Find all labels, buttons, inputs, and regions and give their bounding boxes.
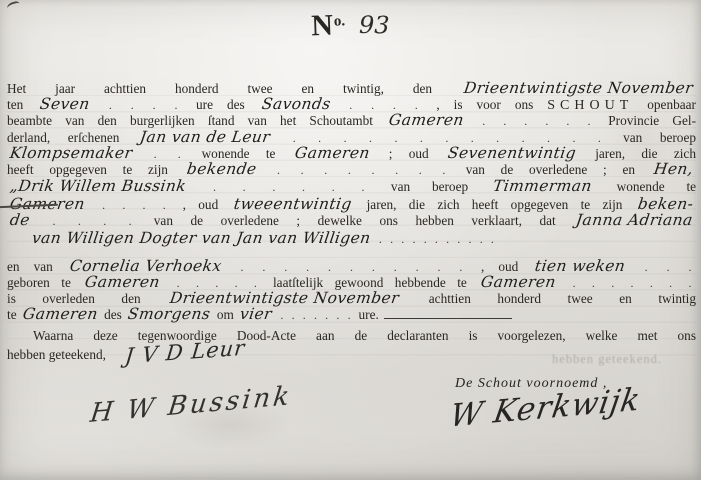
form-line: Gameren . . . . , oud tweeentwintig jare… [7, 196, 696, 212]
blank-rule [384, 314, 512, 319]
handwritten-deceased-parentage: van Willigen Dogter van Jan van Willigen [31, 229, 372, 248]
dotted-leader: . . . . . . [482, 114, 593, 128]
handwritten-relation-part: beken- [637, 196, 695, 212]
form-line: is overleden den Drieentwintigste Novemb… [7, 290, 696, 306]
dotted-leader: . . . . . . . . . . . [240, 260, 465, 274]
ink-speck [6, 0, 21, 12]
printed-text: jaren, die zich [595, 146, 696, 161]
handwritten-declarant2-name: „Drik Willem Bussink [9, 177, 188, 196]
number-label: N [311, 9, 335, 43]
printed-text: is overleden den [7, 291, 141, 306]
printed-text: geboren te [7, 275, 71, 290]
form-line: geboren te Gameren . . . . . laatſtelijk… [7, 274, 696, 290]
handwritten-date: Drieentwintigste November [463, 80, 694, 96]
handwritten-death-date: Drieentwintigste November [169, 290, 400, 306]
handwritten-age: Sevenentwintig [447, 145, 577, 161]
handwritten-residence: Gameren [480, 274, 557, 290]
handwritten-age: tweeentwintig [232, 196, 352, 212]
printed-text: van beroep [623, 130, 696, 145]
dotted-leader: . . . . . . . . [277, 163, 448, 177]
form-line: te Gameren des Smorgens om vier . . . . … [7, 306, 696, 322]
handwritten-hour: Seven [39, 96, 91, 112]
form-line: Waarna deze tegenwoordige Dood-Acte aan … [7, 328, 696, 344]
form-line: van Willigen Dogter van Jan van Willigen… [7, 229, 696, 248]
form-line: Het jaar achttien honderd twee en twinti… [7, 80, 696, 96]
handwritten-deceased-name: Janna Adriana [575, 212, 694, 228]
printed-text: wonende te [617, 179, 696, 194]
printed-text: ten [7, 97, 23, 112]
dotted-leader: . . . . . . [213, 180, 367, 194]
signature-declarant1: J V D Leur [125, 340, 247, 365]
form-line: heeft opgegeven te zijn bekende . . . . … [7, 161, 696, 177]
printed-text: beambte van den burgerlijken ſtand van h… [7, 113, 373, 128]
dotted-leader: . . . . . . . . . . . [379, 232, 497, 246]
printed-schout-title: SCHOUT [547, 98, 633, 113]
printed-text: van beroep [391, 179, 468, 194]
printed-text: derland, erſchenen [7, 130, 119, 145]
printed-text: , oud [183, 197, 219, 212]
handwritten-relation-part: de [9, 212, 31, 228]
handwritten-daypart: Savonds [261, 96, 332, 112]
form-line: beambte van den burgerlijken ſtand van h… [7, 112, 696, 128]
dotted-leader: . . . . . [177, 276, 260, 290]
handwritten-death-hour: vier [239, 306, 273, 322]
form-line: en van Cornelia Verhoekx . . . . . . . .… [7, 258, 696, 274]
printed-closing-text: Waarna deze tegenwoordige Dood-Acte aan … [33, 328, 696, 343]
printed-text: van de overledene ; dewelke ons hebben v… [154, 213, 556, 228]
handwritten-name-part: Hen, [653, 161, 694, 177]
printed-text: om [217, 307, 234, 322]
form-body: Het jaar achttien honderd twee en twinti… [7, 80, 696, 361]
dotted-leader: . . . [645, 260, 694, 274]
handwritten-birthplace: Gameren [84, 274, 161, 290]
printed-text: van de overledene ; en [466, 162, 635, 177]
handwritten-mother-name: Cornelia Verhoekx [69, 258, 223, 274]
number-label-superscript: o. [334, 13, 346, 29]
form-line: Klompsemaker . . wonende te Gameren ; ou… [7, 145, 696, 161]
printed-text: openbaar [647, 97, 696, 112]
printed-text: en van [7, 259, 53, 274]
printed-text: Provincie Gel- [608, 113, 696, 128]
printed-text: wonende te [202, 146, 276, 161]
form-line: derland, erſchenen Jan van de Leur . . .… [7, 129, 696, 145]
dotted-leader: . . [154, 147, 184, 161]
dotted-leader: . . . . [52, 214, 134, 228]
printed-text: jaren, die zich heeft opgegeven te zijn [367, 197, 623, 212]
printed-text: Het jaar achttien honderd twee en twinti… [7, 81, 432, 96]
bleed-through-ghost-text: hebben geteekend. [552, 352, 662, 367]
printed-text: heeft opgegeven te zijn [7, 162, 168, 177]
act-number-handwritten: 93 [359, 11, 390, 40]
handwritten-age-deceased: tien weken [534, 258, 627, 274]
printed-text: ure des [196, 97, 245, 112]
dotted-leader: . . . . [102, 198, 168, 212]
scanned-death-certificate: No. 93 Het jaar achttien honderd twee en… [0, 0, 701, 480]
printed-text: ; oud [389, 146, 429, 161]
handwritten-declarant1-name: Jan van de Leur [139, 129, 271, 145]
handwritten-relation: bekende [186, 161, 258, 177]
dotted-leader: . . . . . . . [280, 308, 353, 322]
handwritten-profession: Timmerman [492, 177, 593, 196]
printed-text: ure. [359, 307, 379, 322]
handwritten-death-place: Gameren [22, 306, 99, 322]
form-line: „Drik Willem Bussink . . . . . . van ber… [7, 177, 696, 196]
printed-text: achttien honderd twee en twintig [429, 291, 696, 306]
printed-text: , oud [481, 259, 518, 274]
form-line: ten Seven . . . . ure des Savonds . . . … [7, 96, 696, 112]
dotted-leader: . . . . . . . [573, 276, 695, 290]
handwritten-place: Gameren [294, 145, 371, 161]
dotted-leader: . . . . [109, 98, 180, 112]
act-number-header: No. 93 [0, 0, 701, 54]
handwritten-place: Gameren [388, 112, 465, 128]
printed-text: , is voor ons [436, 97, 533, 112]
printed-text: des [104, 307, 122, 322]
dotted-leader: . . . . . . . . . . . . . [293, 131, 604, 145]
printed-text: laatſtelijk gewoond hebbende te [273, 275, 467, 290]
printed-text: te [7, 307, 17, 322]
printed-closing-text: hebben geteekend, [7, 347, 106, 362]
form-line: de . . . . van de overledene ; dewelke o… [7, 212, 696, 228]
handwritten-daypart: Smorgens [127, 306, 212, 322]
handwritten-profession: Klompsemaker [9, 145, 134, 161]
